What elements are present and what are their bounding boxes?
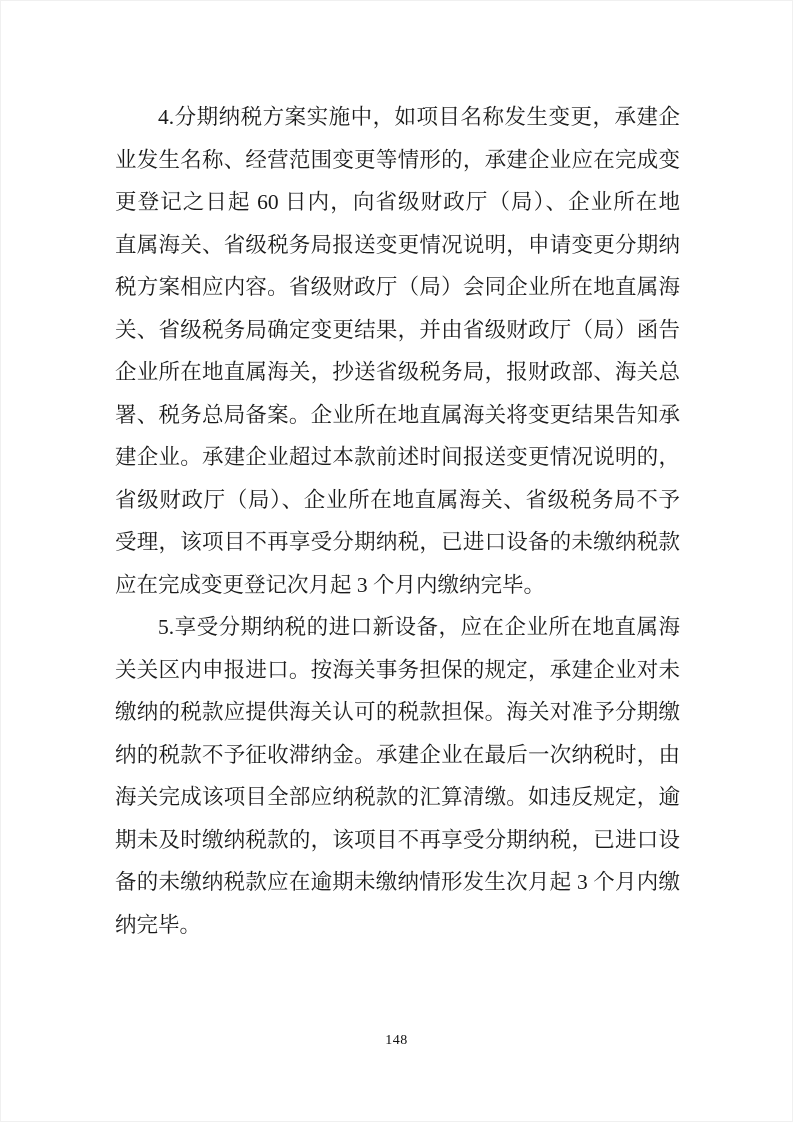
text-line: 5.享受分期纳税的进口新设备，应在企业所在地直属海 (115, 606, 680, 649)
text-line: 应在完成变更登记次月起 3 个月内缴纳完毕。 (115, 564, 680, 607)
text-line: 省级财政厅（局）、企业所在地直属海关、省级税务局不予 (115, 479, 680, 522)
document-body: 4.分期纳税方案实施中，如项目名称发生变更，承建企业发生名称、经营范围变更等情形… (115, 96, 680, 946)
page-number: 148 (1, 1032, 792, 1050)
text-line: 备的未缴纳税款应在逾期未缴纳情形发生次月起 3 个月内缴 (115, 861, 680, 904)
text-line: 署、税务总局备案。企业所在地直属海关将变更结果告知承 (115, 394, 680, 437)
text-line: 建企业。承建企业超过本款前述时间报送变更情况说明的， (115, 436, 680, 479)
text-line: 纳完毕。 (115, 904, 680, 947)
text-line: 业发生名称、经营范围变更等情形的，承建企业应在完成变 (115, 139, 680, 182)
text-line: 期未及时缴纳税款的，该项目不再享受分期纳税，已进口设 (115, 819, 680, 862)
text-line: 关关区内申报进口。按海关事务担保的规定，承建企业对未 (115, 649, 680, 692)
text-line: 税方案相应内容。省级财政厅（局）会同企业所在地直属海 (115, 266, 680, 309)
document-page: 4.分期纳税方案实施中，如项目名称发生变更，承建企业发生名称、经营范围变更等情形… (0, 0, 793, 1122)
paragraph: 4.分期纳税方案实施中，如项目名称发生变更，承建企业发生名称、经营范围变更等情形… (115, 96, 680, 606)
text-line: 直属海关、省级税务局报送变更情况说明，申请变更分期纳 (115, 224, 680, 267)
text-line: 企业所在地直属海关，抄送省级税务局，报财政部、海关总 (115, 351, 680, 394)
text-line: 缴纳的税款应提供海关认可的税款担保。海关对准予分期缴 (115, 691, 680, 734)
text-line: 海关完成该项目全部应纳税款的汇算清缴。如违反规定，逾 (115, 776, 680, 819)
text-line: 受理，该项目不再享受分期纳税，已进口设备的未缴纳税款 (115, 521, 680, 564)
paragraph: 5.享受分期纳税的进口新设备，应在企业所在地直属海关关区内申报进口。按海关事务担… (115, 606, 680, 946)
text-line: 更登记之日起 60 日内，向省级财政厅（局）、企业所在地 (115, 181, 680, 224)
text-line: 纳的税款不予征收滞纳金。承建企业在最后一次纳税时，由 (115, 734, 680, 777)
text-line: 关、省级税务局确定变更结果，并由省级财政厅（局）函告 (115, 309, 680, 352)
text-line: 4.分期纳税方案实施中，如项目名称发生变更，承建企 (115, 96, 680, 139)
